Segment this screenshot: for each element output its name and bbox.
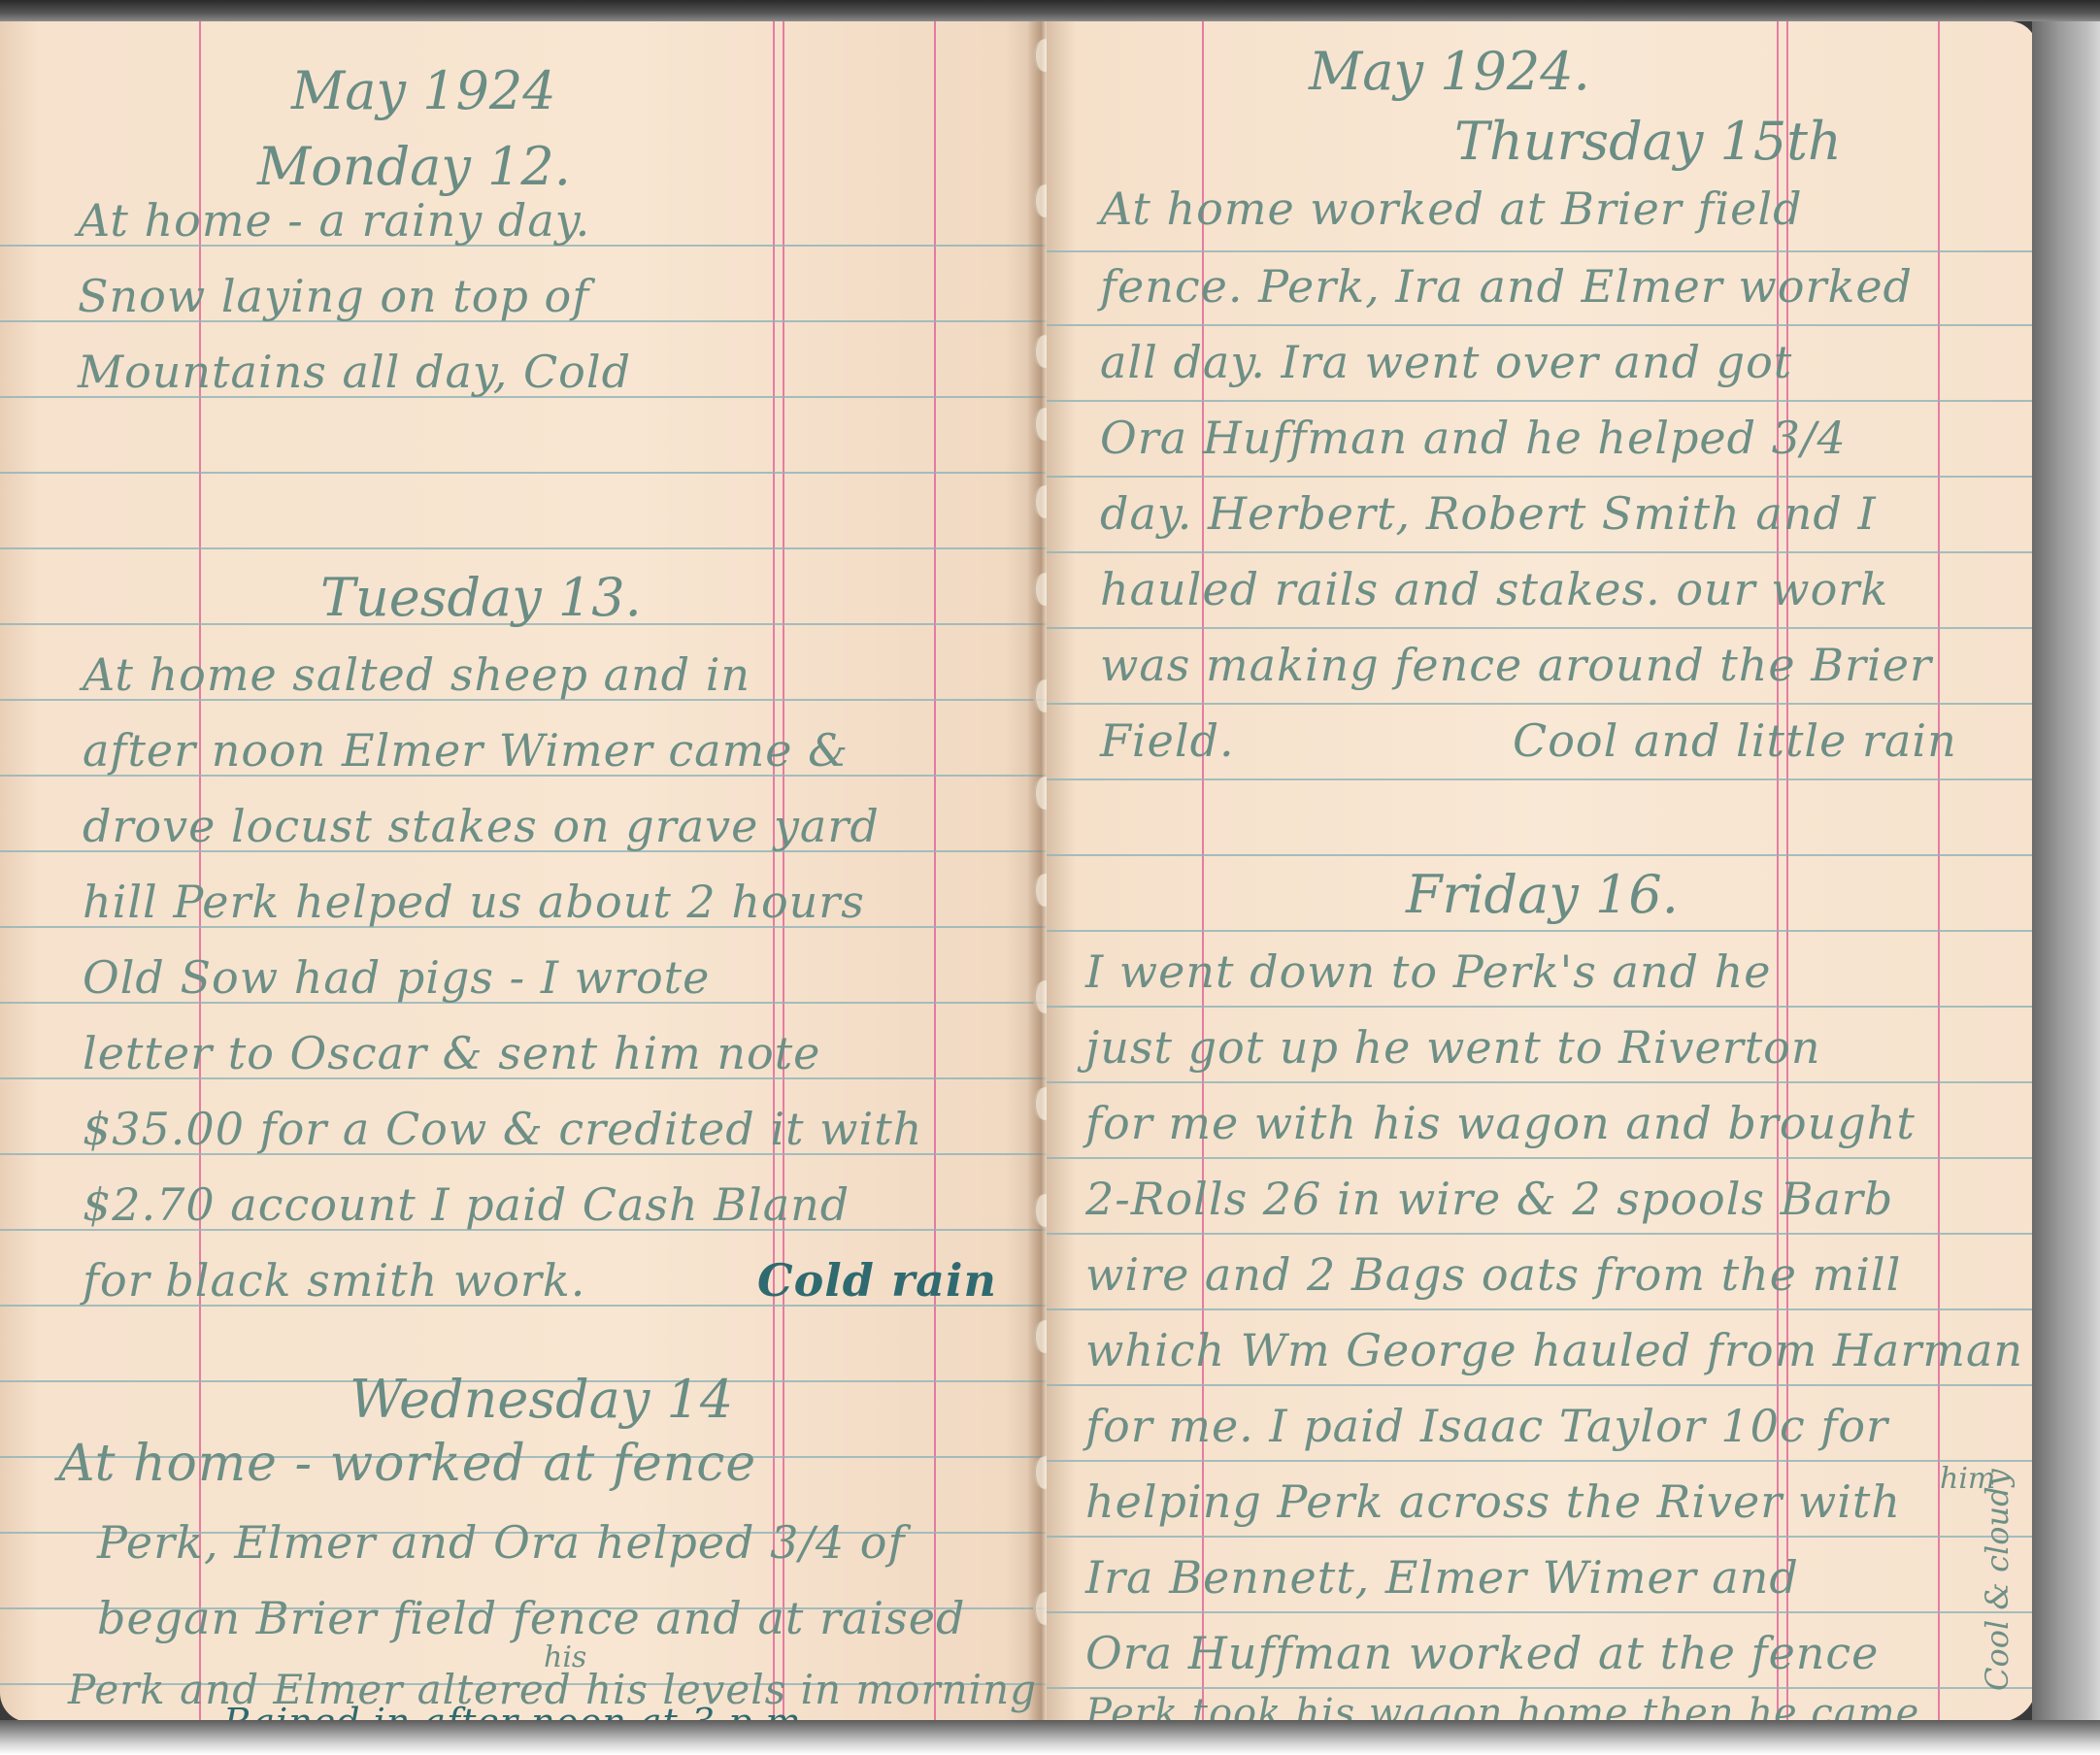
column-line <box>934 21 936 1722</box>
entry-line: Perk took his wagon home then he came <box>1085 1691 1919 1722</box>
entry-line: Field. <box>1100 714 1235 767</box>
left-page: May 1924 Monday 12. At home - a rainy da… <box>0 21 1047 1722</box>
entry-line: At home - a rainy day. <box>78 194 590 247</box>
right-page: May 1924. Thursday 15th At home worked a… <box>1047 21 2037 1722</box>
entry-line: I went down to Perk's and he <box>1085 945 1772 998</box>
column-line <box>783 21 784 1722</box>
entry-line: for black smith work. <box>83 1254 585 1307</box>
margin-weather-note: Cool & cloudy <box>1979 1469 2016 1691</box>
entry-line: At home - worked at fence <box>58 1435 756 1493</box>
entry-line: which Wm George hauled from Harman <box>1085 1324 2023 1376</box>
ruled-line <box>1047 476 2037 478</box>
entry-line: letter to Oscar & sent him note <box>83 1027 820 1079</box>
ruled-line <box>1047 1384 2037 1386</box>
entry-line: just got up he went to Riverton <box>1085 1021 1821 1074</box>
ruled-line <box>1047 930 2037 932</box>
entry-line: At home salted sheep and in <box>83 648 750 701</box>
ruled-line <box>1047 250 2037 252</box>
entry-line: drove locust stakes on grave yard <box>83 800 880 852</box>
entry-line: Ora Huffman worked at the fence <box>1085 1627 1879 1679</box>
entry-line: all day. Ira went over and got <box>1100 336 1792 388</box>
column-line <box>773 21 775 1722</box>
ruled-line <box>1047 1308 2037 1310</box>
entry-line: 2-Rolls 26 in wire & 2 spools Barb <box>1085 1173 1893 1225</box>
ruled-line <box>1047 324 2037 326</box>
right-cover-edge <box>2032 21 2100 1730</box>
ruled-line <box>1047 778 2037 780</box>
ruled-line <box>1047 627 2037 629</box>
entry-line: $2.70 account I paid Cash Bland <box>83 1178 850 1231</box>
entry-line: helping Perk across the River with <box>1085 1475 1901 1528</box>
ruled-line <box>1047 1006 2037 1008</box>
ruled-line <box>1047 1233 2037 1235</box>
ruled-line <box>1047 854 2037 856</box>
entry-line: At home worked at Brier field <box>1100 182 1803 235</box>
entry-line: hill Perk helped us about 2 hours <box>83 876 865 928</box>
ruled-line <box>1047 703 2037 705</box>
entry-line: $35.00 for a Cow & credited it with <box>83 1103 922 1155</box>
entry-line: was making fence around the Brier <box>1100 639 1932 691</box>
ruled-line <box>1047 1687 2037 1689</box>
ruled-line <box>1047 1460 2037 1462</box>
day-heading-tuesday: Tuesday 13. <box>320 567 642 628</box>
ruled-line <box>1047 1081 2037 1083</box>
day-heading-monday: Monday 12. <box>257 136 571 197</box>
weather-note: Cool and little rain <box>1513 714 1957 767</box>
entry-line: Mountains all day, Cold <box>78 346 631 398</box>
ruled-line <box>1047 551 2037 553</box>
entry-line: for me with his wagon and brought <box>1085 1097 1916 1149</box>
entry-line: Old Sow had pigs - I wrote <box>83 951 710 1004</box>
entry-line: hauled rails and stakes. our work <box>1100 563 1888 615</box>
entry-line: after noon Elmer Wimer came & <box>83 724 849 777</box>
day-heading-thursday: Thursday 15th <box>1454 111 1842 172</box>
month-header: May 1924. <box>1309 41 1590 102</box>
day-heading-wednesday: Wednesday 14 <box>350 1369 733 1430</box>
entry-line: for me. I paid Isaac Taylor 10c for <box>1085 1400 1888 1452</box>
entry-line: Perk, Elmer and Ora helped 3/4 of <box>97 1516 906 1569</box>
entry-line: Snow laying on top of <box>78 270 589 322</box>
entry-line: Ora Huffman and he helped 3/4 <box>1100 412 1847 464</box>
ruled-line <box>1047 400 2037 402</box>
ruled-line <box>1047 1157 2037 1159</box>
ruled-line <box>0 472 1047 474</box>
footnote: Rained in after noon at 3 p.m. <box>223 1701 815 1722</box>
month-header: May 1924 <box>291 60 556 121</box>
bottom-cover-edge <box>0 1720 2100 1755</box>
ruled-line <box>1047 1536 2037 1538</box>
entry-line: day. Herbert, Robert Smith and I <box>1100 487 1877 540</box>
day-heading-friday: Friday 16. <box>1406 864 1679 925</box>
entry-line: fence. Perk, Ira and Elmer worked <box>1100 260 1913 313</box>
entry-line: began Brier field fence and at raised <box>97 1592 965 1644</box>
top-cover-edge <box>0 0 2100 21</box>
entry-line: wire and 2 Bags oats from the mill <box>1085 1248 1901 1301</box>
ruled-line <box>1047 1611 2037 1613</box>
weather-note: Cold rain <box>757 1254 997 1307</box>
ruled-line <box>0 547 1047 549</box>
entry-line: Ira Bennett, Elmer Wimer and <box>1085 1551 1799 1604</box>
